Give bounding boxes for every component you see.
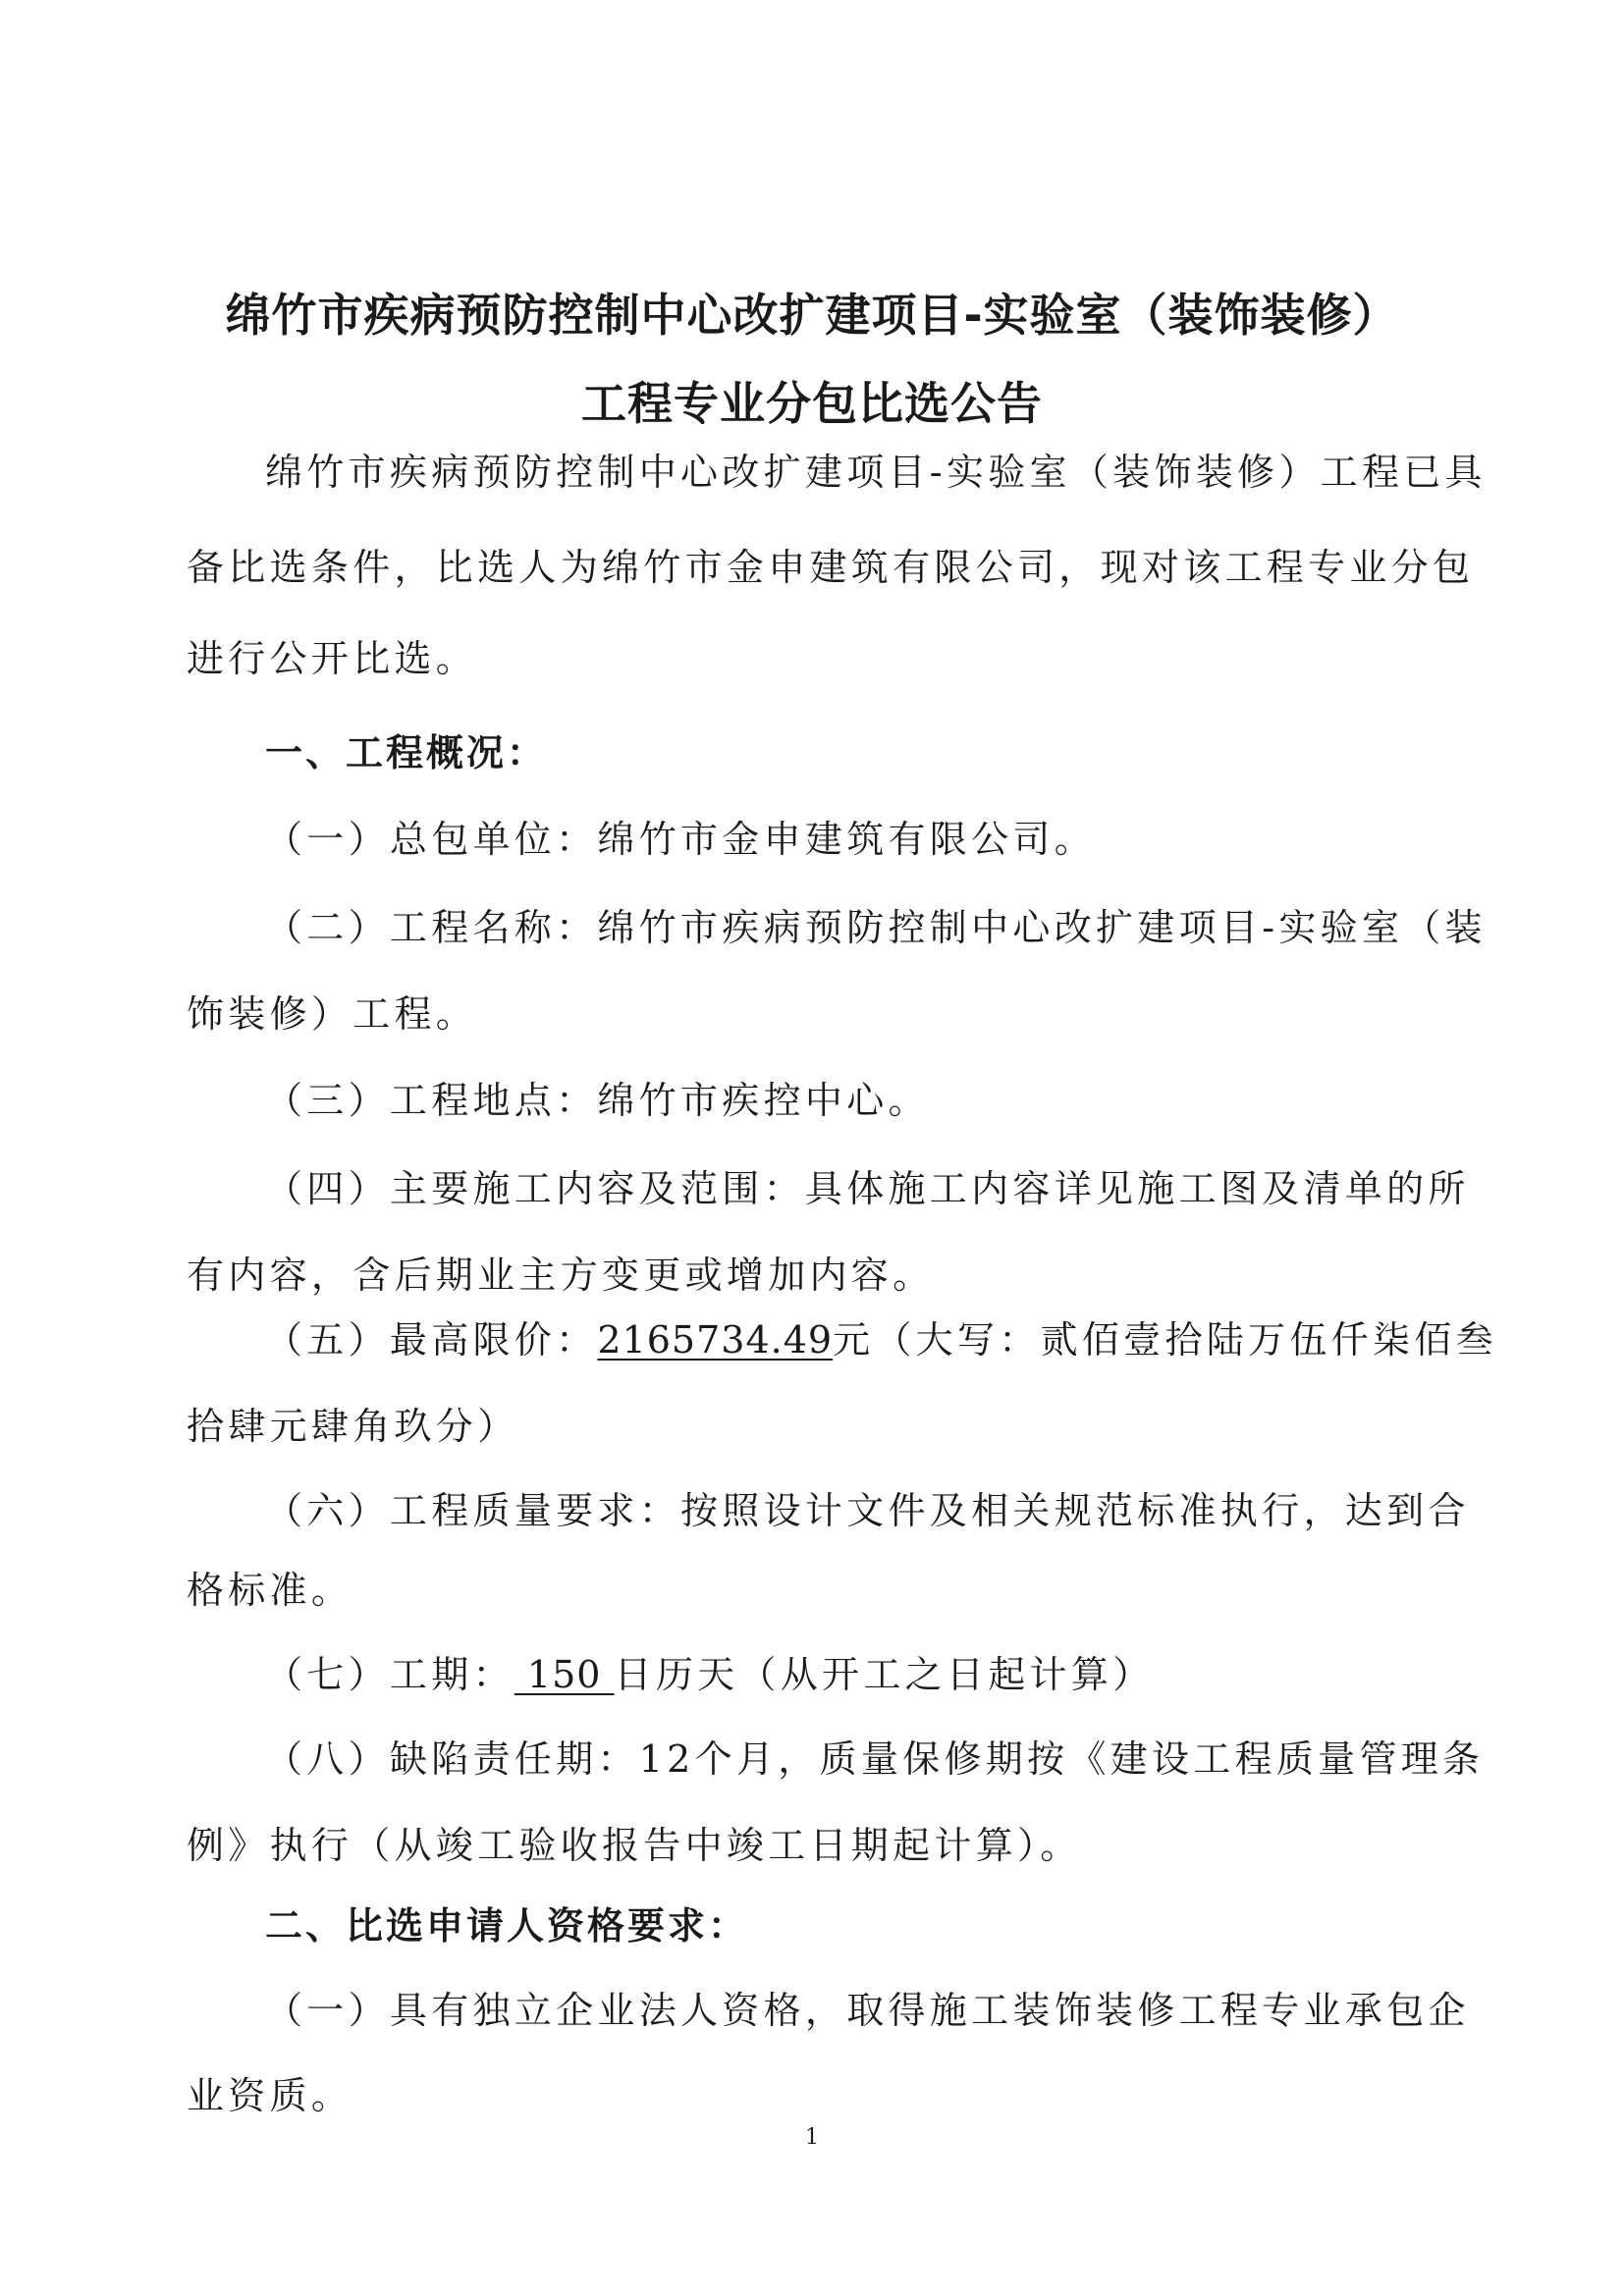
section-1-item-8-line-1: （八）缺陷责任期：12个月，质量保修期按《建设工程质量管理条 — [265, 1735, 1484, 1784]
section-1-heading: 一、工程概况： — [265, 728, 547, 777]
document-title-line-1: 绵竹市疾病预防控制中心改扩建项目-实验室（装饰装修） — [0, 280, 1624, 345]
intro-paragraph-line-1: 绵竹市疾病预防控制中心改扩建项目-实验室（装饰装修）工程已具 — [265, 448, 1487, 497]
section-2-item-1-line-1: （一）具有独立企业法人资格，取得施工装饰装修工程专业承包企 — [265, 1986, 1470, 2035]
duration-unit: 日历天（从开工之日起计算） — [615, 1653, 1155, 1696]
section-1-item-2-line-2: 饰装修）工程。 — [187, 989, 477, 1039]
duration-label: （七）工期： — [265, 1653, 514, 1696]
max-price-label: （五）最高限价： — [265, 1318, 597, 1362]
max-price-in-words: 元（大写：贰佰壹拾陆万伍仟柒佰叁 — [833, 1318, 1497, 1362]
section-1-item-8-line-2: 例》执行（从竣工验收报告中竣工日期起计算）。 — [187, 1821, 1082, 1870]
intro-paragraph-line-3: 进行公开比选。 — [187, 634, 477, 683]
section-1-item-6-line-1: （六）工程质量要求：按照设计文件及相关规范标准执行，达到合 — [265, 1486, 1470, 1535]
section-1-item-7: （七）工期： 150 日历天（从开工之日起计算） — [265, 1650, 1154, 1699]
section-1-item-5-line-2: 拾肆元肆角玖分） — [187, 1402, 518, 1451]
max-price-amount: 2165734.49 — [597, 1318, 833, 1362]
document-page: 绵竹市疾病预防控制中心改扩建项目-实验室（装饰装修） 工程专业分包比选公告 绵竹… — [0, 0, 1624, 2296]
section-1-item-3: （三）工程地点：绵竹市疾控中心。 — [265, 1076, 930, 1125]
section-1-item-5-line-1: （五）最高限价：2165734.49元（大写：贰佰壹拾陆万伍仟柒佰叁 — [265, 1315, 1497, 1364]
section-1-item-4-line-2: 有内容，含后期业主方变更或增加内容。 — [187, 1251, 934, 1300]
section-1-item-4-line-1: （四）主要施工内容及范围：具体施工内容详见施工图及清单的所 — [265, 1164, 1470, 1213]
section-2-item-1-line-2: 业资质。 — [187, 2071, 352, 2120]
section-2-heading: 二、比选申请人资格要求： — [265, 1901, 748, 1950]
section-1-item-1: （一）总包单位：绵竹市金申建筑有限公司。 — [265, 815, 1096, 864]
section-1-item-2-line-1: （二）工程名称：绵竹市疾病预防控制中心改扩建项目-实验室（装 — [265, 903, 1487, 952]
document-title-line-2: 工程专业分包比选公告 — [0, 368, 1624, 433]
section-1-item-6-line-2: 格标准。 — [187, 1566, 352, 1615]
page-number: 1 — [0, 2125, 1624, 2150]
intro-paragraph-line-2: 备比选条件，比选人为绵竹市金申建筑有限公司，现对该工程专业分包 — [187, 543, 1474, 592]
duration-days: 150 — [514, 1653, 615, 1696]
